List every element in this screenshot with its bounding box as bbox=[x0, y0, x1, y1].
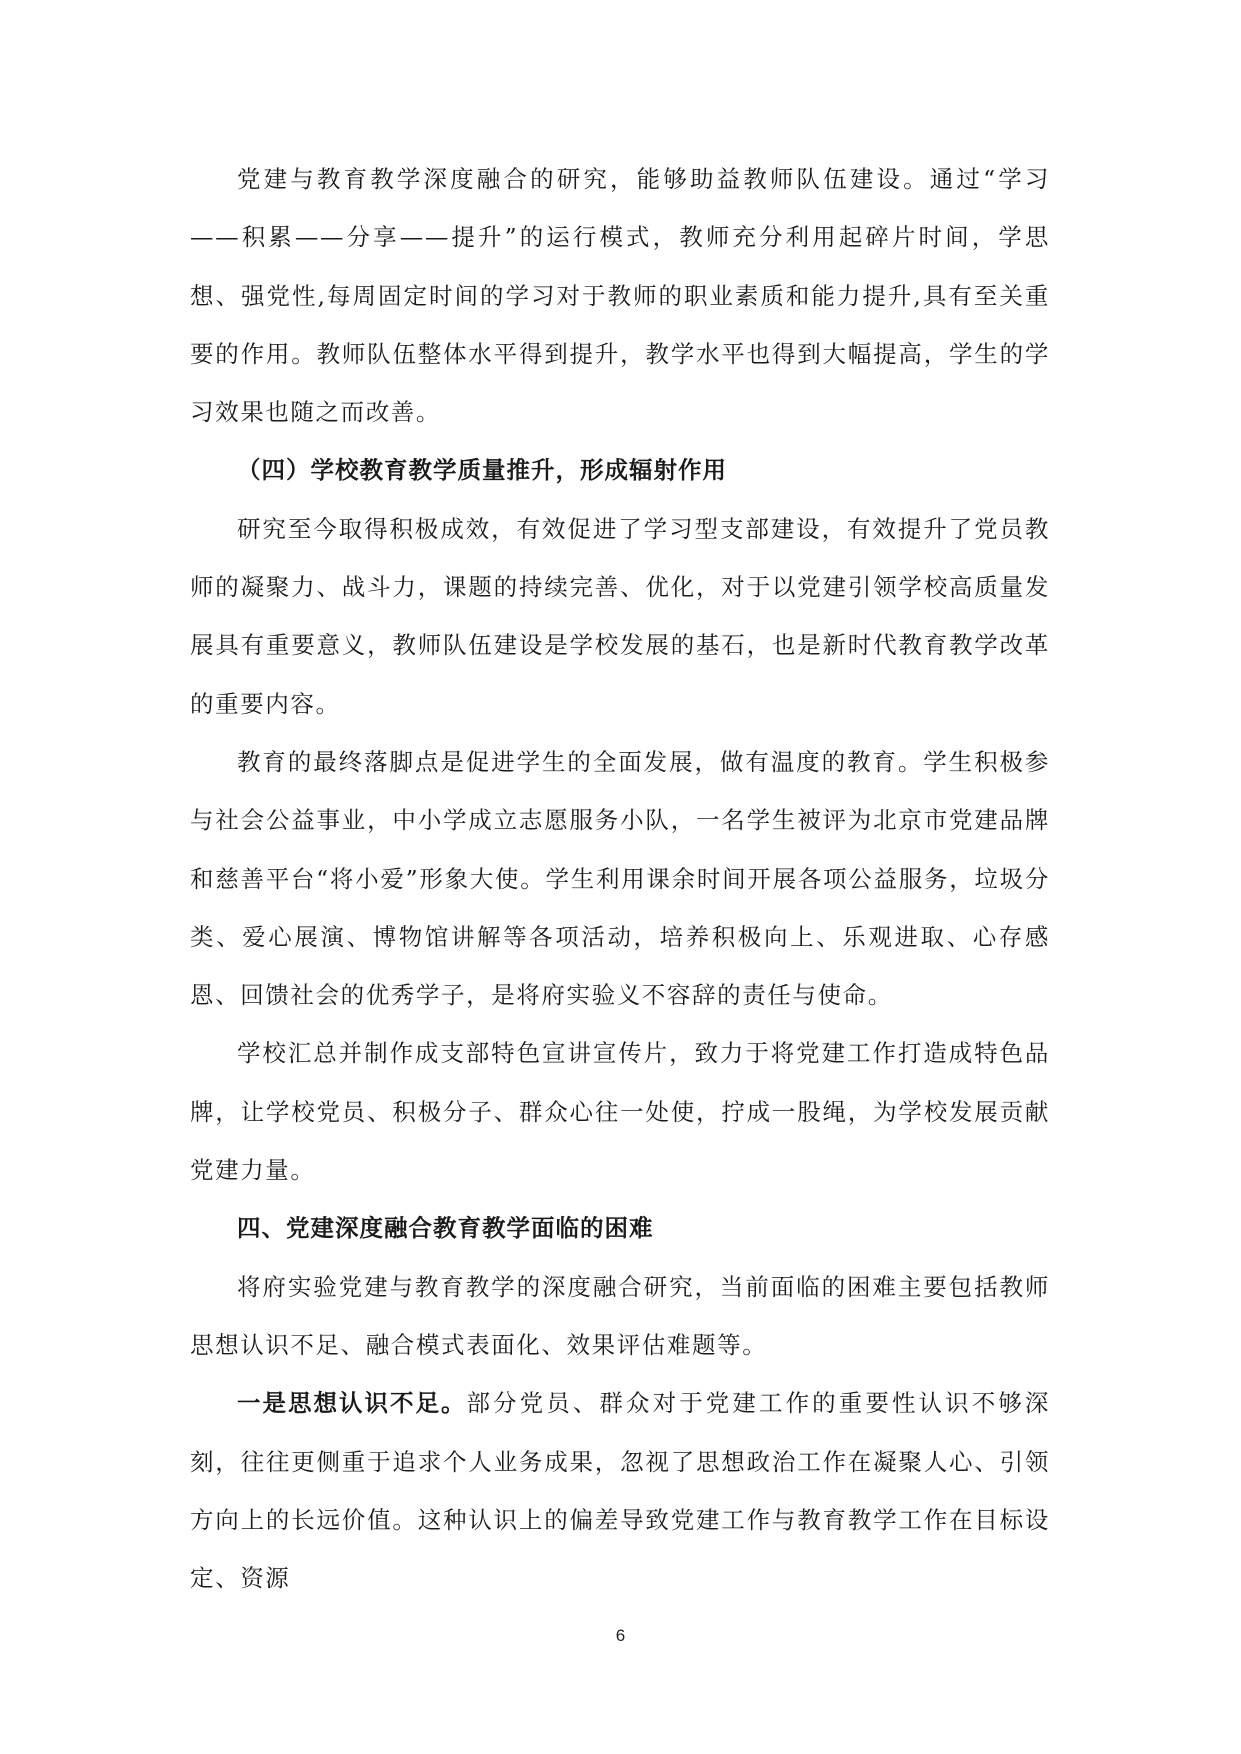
paragraph-ideological-awareness: 一是思想认识不足。部分党员、群众对于党建工作的重要性认识不够深刻，往往更侧重于追… bbox=[190, 1374, 1050, 1607]
section-heading-quality-improvement: （四）学校教育教学质量推升，形成辐射作用 bbox=[190, 441, 1050, 499]
document-page: 党建与教育教学深度融合的研究，能够助益教师队伍建设。通过“学习——积累——分享—… bbox=[190, 150, 1050, 1607]
paragraph-difficulties-overview: 将府实验党建与教育教学的深度融合研究，当前面临的困难主要包括教师思想认识不足、融… bbox=[190, 1258, 1050, 1375]
paragraph-research-results: 研究至今取得积极成效，有效促进了学习型支部建设，有效提升了党员教师的凝聚力、战斗… bbox=[190, 500, 1050, 733]
paragraph-body-text: 部分党员、群众对于党建工作的重要性认识不够深刻，往往更侧重于追求个人业务成果，忽… bbox=[190, 1389, 1050, 1592]
page-number: 6 bbox=[0, 1626, 1241, 1646]
paragraph-promotional-film: 学校汇总并制作成支部特色宣讲宣传片，致力于将党建工作打造成特色品牌，让学校党员、… bbox=[190, 1024, 1050, 1199]
section-heading-difficulties: 四、党建深度融合教育教学面临的困难 bbox=[190, 1199, 1050, 1257]
paragraph-lead-bold: 一是思想认识不足。 bbox=[237, 1389, 466, 1417]
paragraph-student-development: 教育的最终落脚点是促进学生的全面发展，做有温度的教育。学生积极参与社会公益事业，… bbox=[190, 733, 1050, 1024]
paragraph-teacher-team-building: 党建与教育教学深度融合的研究，能够助益教师队伍建设。通过“学习——积累——分享—… bbox=[190, 150, 1050, 441]
